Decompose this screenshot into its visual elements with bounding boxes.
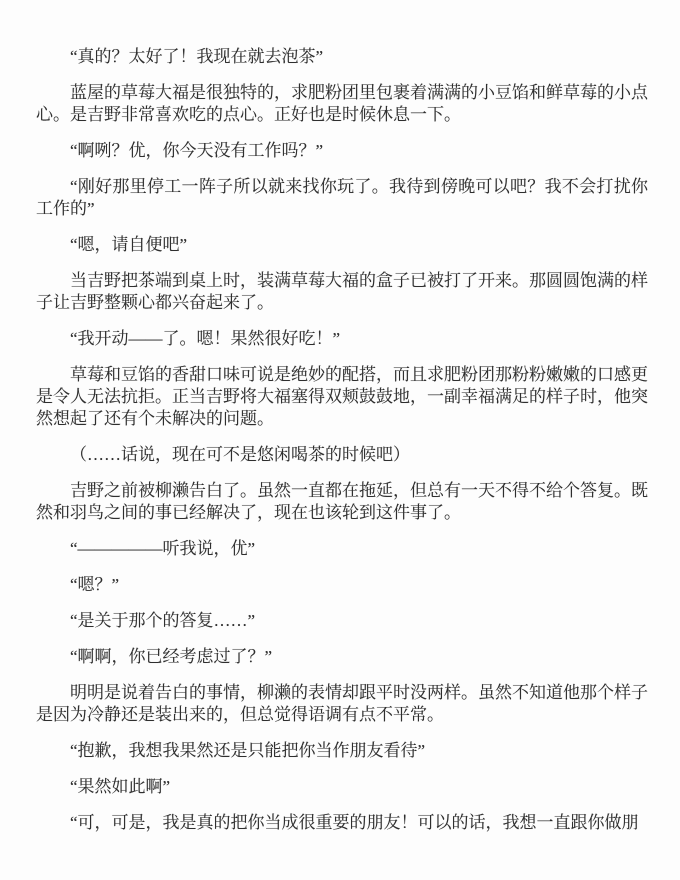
paragraph-4: “刚好那里停工一阵子所以就来找你玩了。我待到傍晚可以吧？我不会打扰你工作的” [36,176,648,220]
novel-text-page: “真的？太好了！我现在就去泡茶” 蓝屋的草莓大福是很独特的，求肥粉团里包裹着满满… [0,0,680,880]
paragraph-2: 蓝屋的草莓大福是很独特的，求肥粉团里包裹着满满的小豆馅和鲜草莓的小点心。是吉野非… [36,82,648,126]
paragraph-11: “—————听我说，优” [36,538,648,560]
paragraph-7: “我开动——了。嗯！果然很好吃！” [36,328,648,350]
paragraph-12: “嗯？” [36,574,648,596]
paragraph-18: “可，可是，我是真的把你当成很重要的朋友！可以的话，我想一直跟你做朋 [36,812,648,834]
paragraph-5: “嗯，请自便吧” [36,234,648,256]
paragraph-3: “啊咧？优，你今天没有工作吗？” [36,140,648,162]
paragraph-13: “是关于那个的答复……” [36,610,648,632]
paragraph-17: “果然如此啊” [36,776,648,798]
paragraph-6: 当吉野把茶端到桌上时，装满草莓大福的盒子已被打了开来。那圆圆饱满的样子让吉野整颗… [36,270,648,314]
paragraph-14: “啊啊，你已经考虑过了？” [36,646,648,668]
paragraph-16: “抱歉，我想我果然还是只能把你当作朋友看待” [36,740,648,762]
paragraph-15: 明明是说着告白的事情，柳濑的表情却跟平时没两样。虽然不知道他那个样子是因为冷静还… [36,682,648,726]
paragraph-10: 吉野之前被柳濑告白了。虽然一直都在拖延，但总有一天不得不给个答复。既然和羽鸟之间… [36,480,648,524]
paragraph-8: 草莓和豆馅的香甜口味可说是绝妙的配搭，而且求肥粉团那粉粉嫩嫩的口感更是令人无法抗… [36,364,648,430]
paragraph-1: “真的？太好了！我现在就去泡茶” [36,46,648,68]
paragraph-9: （……话说，现在可不是悠闲喝茶的时候吧） [36,444,648,466]
